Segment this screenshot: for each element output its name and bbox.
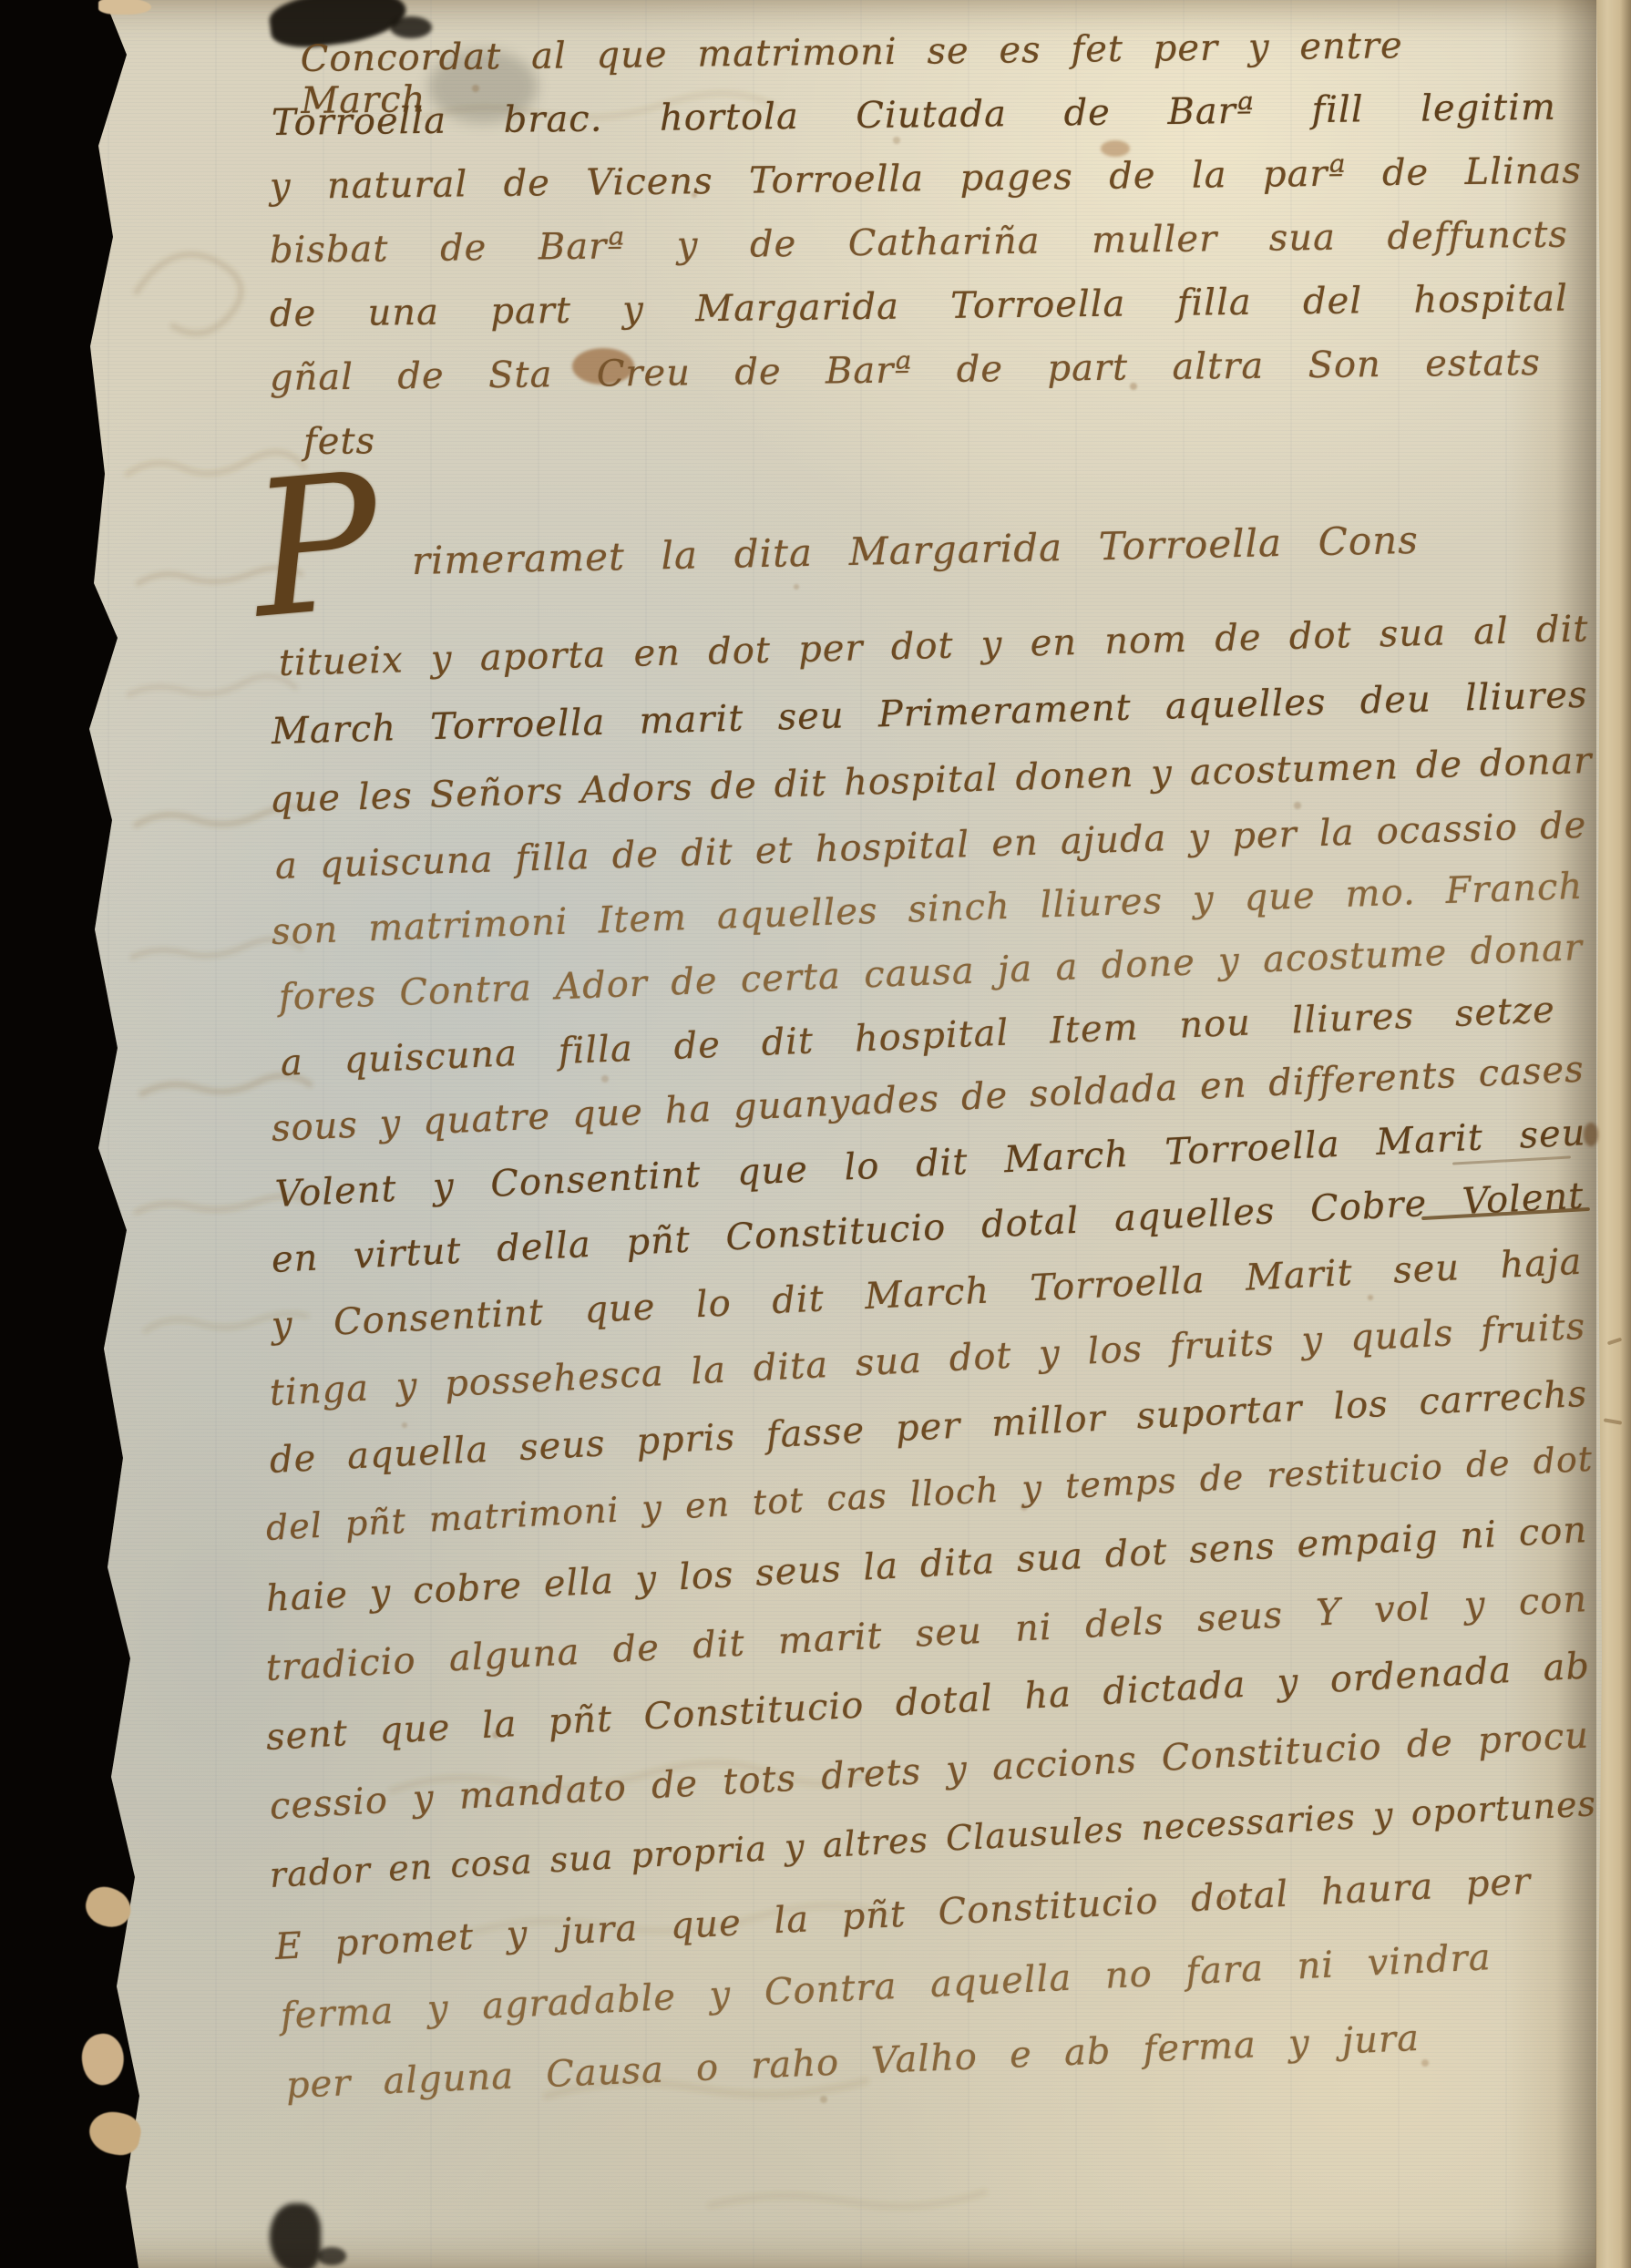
manuscript-line: rimeramet la dita Margarida Torroella Co… (411, 518, 1419, 583)
manuscript-line: per alguna Causa o raho Valho e ab ferma… (285, 2017, 1421, 2107)
manuscript-line: titueix y aporta en dot per dot y en nom… (278, 608, 1589, 684)
manuscript-line: gñal de Sta Creu de Barª de part altra S… (270, 342, 1541, 399)
drop-cap-initial: P (245, 448, 386, 645)
manuscript-scan: P Concordat al que matrimoni se es fet p… (0, 0, 1631, 2268)
handwriting-layer: P Concordat al que matrimoni se es fet p… (0, 0, 1631, 2268)
manuscript-line: que les Señors Adors de dit hospital don… (269, 740, 1593, 821)
manuscript-line: de una part y Margarida Torroella filla … (270, 278, 1568, 335)
manuscript-line: March Torroella marit seu Primerament aq… (271, 674, 1588, 753)
manuscript-line: y natural de Vicens Torroella pages de l… (270, 149, 1582, 208)
manuscript-line: bisbat de Barª y de Cathariña muller sua… (270, 214, 1568, 272)
manuscript-line: fets (303, 419, 504, 463)
